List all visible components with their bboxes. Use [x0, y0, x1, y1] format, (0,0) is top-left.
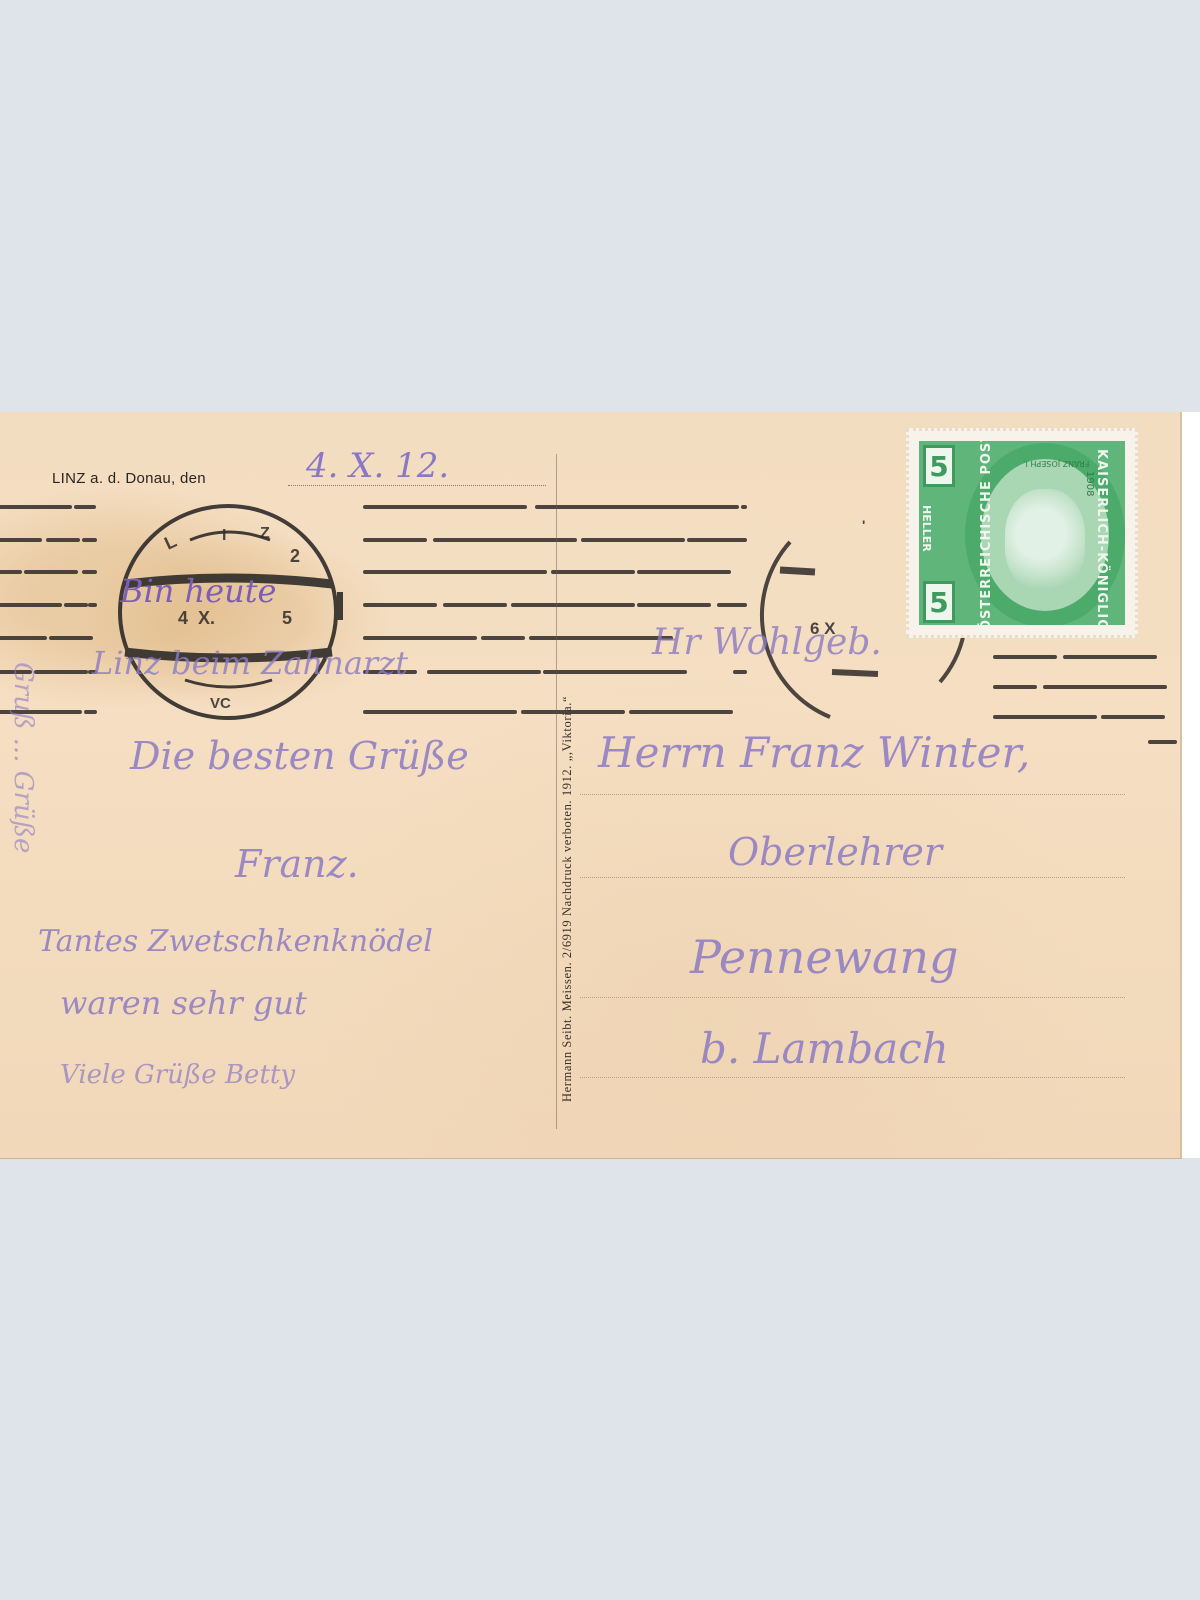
svg-text:2: 2	[290, 546, 300, 566]
address-title: Oberlehrer	[728, 830, 942, 874]
stamp-inscription-bottom: ÖSTERREICHISCHE POST	[979, 441, 994, 625]
message-line: Linz beim Zahnarzt	[92, 644, 408, 682]
postcard-photo: L I Z 2 4 X. 5 VC 6 X ' LINZ a. d. Donau	[0, 412, 1200, 1158]
message-line: Bin heute	[120, 572, 276, 610]
margin-note: Gruß ... Grüße	[8, 662, 38, 853]
stamp-denomination: HELLER	[920, 505, 933, 552]
stamp-inscription-top: KAISERLICH-KÖNIGLICH	[1094, 449, 1109, 625]
svg-text:I: I	[222, 527, 226, 544]
postmark-left	[120, 506, 340, 718]
postcard-back: L I Z 2 4 X. 5 VC 6 X ' LINZ a. d. Donau	[0, 412, 1182, 1159]
address-recipient: Herrn Franz Winter,	[598, 728, 1030, 777]
svg-text:Z: Z	[260, 525, 270, 542]
address-rule	[580, 1077, 1125, 1078]
postage-stamp: 5 HELLER 5 KAISERLICH-KÖNIGLICH ÖSTERREI…	[906, 428, 1138, 638]
svg-text:X.: X.	[198, 608, 215, 628]
address-rule	[580, 997, 1125, 998]
message-line: Viele Grüße Betty	[60, 1060, 295, 1090]
handwritten-date: 4. X. 12.	[306, 446, 449, 486]
message-line: Tantes Zwetschkenknödel	[38, 924, 433, 959]
stamp-value-top: 5	[923, 445, 955, 487]
stamp-year: 1908	[1084, 471, 1095, 496]
publisher-imprint: Hermann Seibt. Meissen. 2/6919 Nachdruck…	[560, 696, 575, 1102]
address-rule	[580, 877, 1125, 878]
message-line: Franz.	[235, 842, 359, 886]
svg-text:4: 4	[178, 608, 188, 628]
svg-text:L: L	[161, 531, 179, 554]
emperor-portrait-icon	[1005, 489, 1085, 589]
stamp-design: 5 HELLER 5 KAISERLICH-KÖNIGLICH ÖSTERREI…	[919, 441, 1125, 625]
stamp-value-bottom: 5	[923, 581, 955, 623]
address-salutation: Hr Wohlgeb.	[652, 622, 882, 663]
message-line: Die besten Grüße	[130, 734, 469, 778]
address-rule	[580, 794, 1125, 795]
address-town: Pennewang	[690, 930, 958, 984]
svg-text:5: 5	[282, 608, 292, 628]
stamp-portrait-name: FRANZ JOSEPH I.	[1023, 459, 1089, 468]
message-line: waren sehr gut	[60, 984, 307, 1022]
svg-text:': '	[862, 517, 865, 533]
address-region: b. Lambach	[700, 1024, 949, 1073]
divider-line	[556, 454, 557, 1129]
svg-text:VC: VC	[210, 695, 231, 712]
printed-place-date-label: LINZ a. d. Donau, den	[52, 470, 206, 487]
